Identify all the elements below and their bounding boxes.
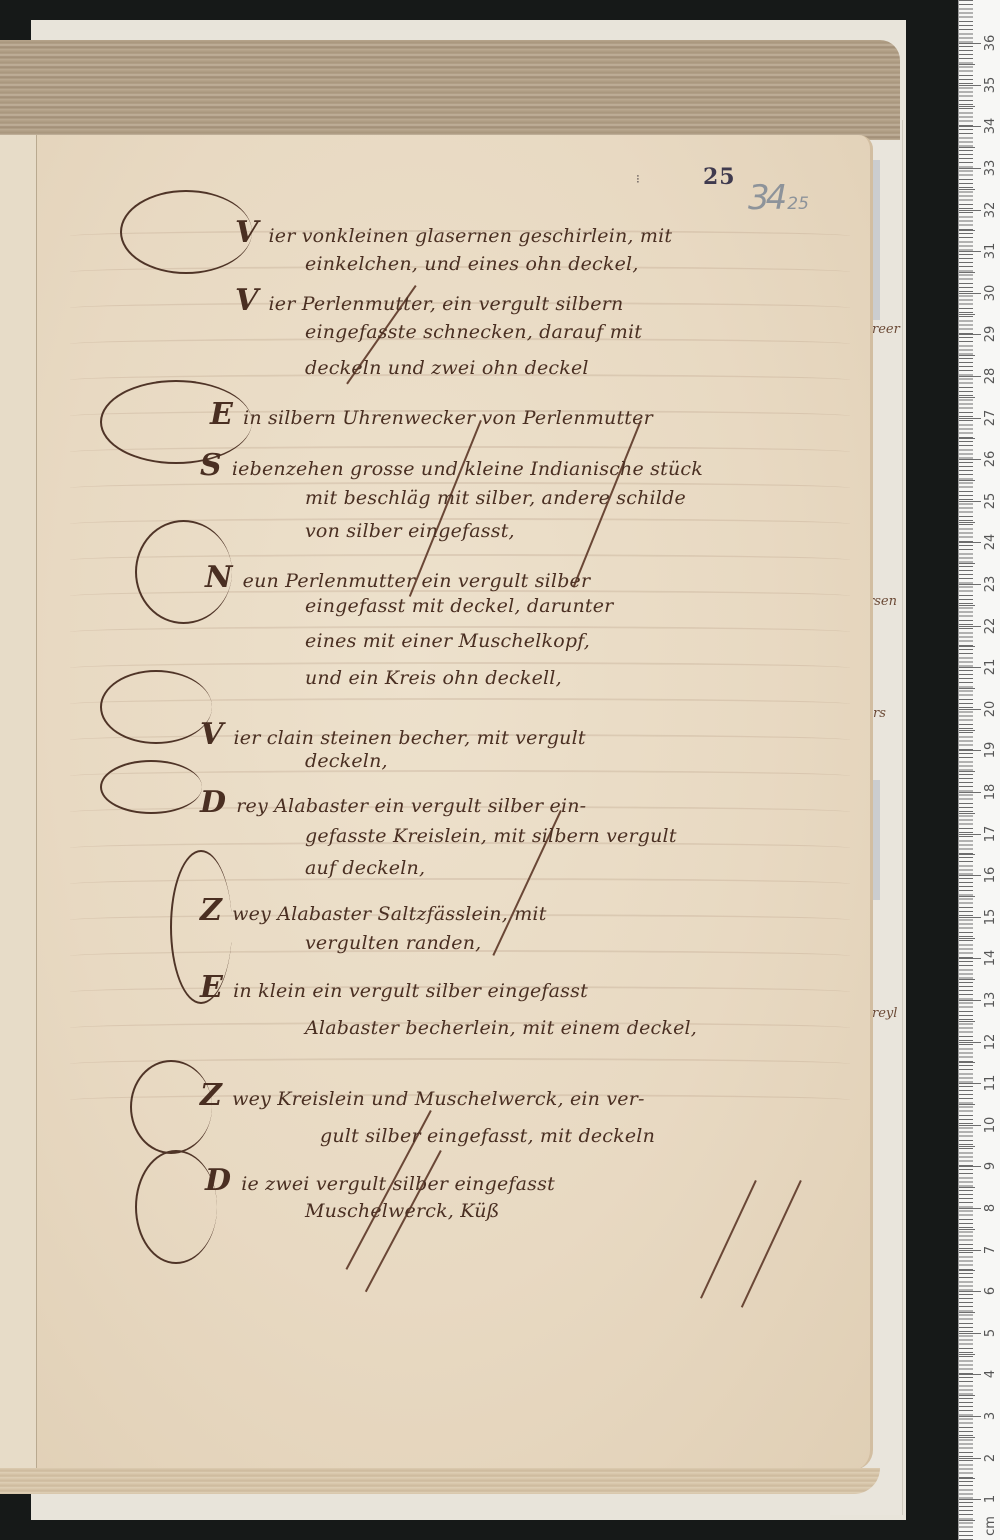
manuscript-line: Drey Alabaster ein vergult silber ein-: [200, 785, 586, 820]
line-text: eines mit einer Muschelkopf,: [305, 630, 590, 652]
ruler-cm-tick: [959, 210, 981, 211]
ruler-cm-tick: [959, 626, 981, 627]
decorated-initial: E: [210, 397, 233, 432]
ruler-label: 9: [983, 1156, 999, 1176]
ruler-cm-tick: [959, 1416, 981, 1417]
measurement-ruler: 1234567891011121314151617181920212223242…: [958, 0, 1000, 1540]
ruler-cm-tick: [959, 376, 981, 377]
ruler-cm-tick: [959, 542, 981, 543]
ruler-cm-tick: [959, 1208, 981, 1209]
ruler-label: 22: [983, 616, 999, 636]
ruler-cm-tick: [959, 958, 981, 959]
ruler-label: 17: [983, 824, 999, 844]
ruler-cm-tick: [959, 1125, 981, 1126]
ruler-cm-tick: [959, 251, 981, 252]
ruler-half-cm-tick: [959, 147, 975, 148]
ruler-label: 3: [983, 1406, 999, 1426]
pencil-annotation: 3425: [748, 178, 809, 218]
ruler-cm-tick: [959, 875, 981, 876]
ruler-label: 19: [983, 740, 999, 760]
ruler-label: 36: [983, 33, 999, 53]
pencil-number-main: 34: [748, 178, 783, 218]
line-text: eun Perlenmutter ein vergult silber: [243, 570, 591, 592]
ruler-label: 26: [983, 449, 999, 469]
line-text: eingefasst mit deckel, darunter: [305, 595, 613, 617]
ruler-cm-tick: [959, 1458, 981, 1459]
ruler-label: 31: [983, 241, 999, 261]
ruler-cm-tick: [959, 1374, 981, 1375]
manuscript-line: deckeln und zwei ohn deckel: [305, 357, 589, 379]
ruler-cm-tick: [959, 85, 981, 86]
ruler-label: 5: [983, 1323, 999, 1343]
ruler-label: 24: [983, 532, 999, 552]
line-text: auf deckeln,: [305, 857, 425, 879]
ruler-half-cm-tick: [959, 438, 975, 439]
ruler-cm-tick: [959, 168, 981, 169]
manuscript-line: Alabaster becherlein, mit einem deckel,: [305, 1017, 697, 1039]
ruler-cm-tick: [959, 917, 981, 918]
ruler-cm-tick: [959, 501, 981, 502]
ruler-label: 29: [983, 324, 999, 344]
line-text: wey Alabaster Saltzfässlein, mit: [232, 903, 546, 925]
ruler-unit-label: cm: [983, 1516, 999, 1536]
ruler-half-cm-tick: [959, 979, 975, 980]
ruler-half-cm-tick: [959, 605, 975, 606]
verso-page-edge: [0, 135, 37, 1475]
manuscript-line: gult silber eingefasst, mit deckeln: [320, 1125, 655, 1147]
underlying-leaf-note: rs: [873, 706, 886, 721]
line-text: gefasste Kreislein, mit silbern vergult: [305, 825, 677, 847]
ruler-cm-tick: [959, 667, 981, 668]
ruler-cm-tick: [959, 293, 981, 294]
manuscript-line: Ein klein ein vergult silber eingefasst: [200, 970, 588, 1005]
decorated-initial: E: [200, 970, 223, 1005]
underlying-leaf-note: reyl: [872, 1006, 897, 1021]
ruler-cm-tick: [959, 126, 981, 127]
manuscript-line: Siebenzehen grosse und kleine Indianisch…: [200, 448, 703, 483]
manuscript-line: Die zwei vergult silber eingefasst: [205, 1163, 555, 1198]
line-text: ier vonkleinen glasernen geschirlein, mi…: [268, 225, 672, 247]
manuscript-line: vergulten randen,: [305, 932, 481, 954]
manuscript-line: Vier Perlenmutter, ein vergult silbern: [235, 283, 623, 318]
decorated-initial: N: [205, 560, 233, 595]
page-stack-bottom-edge: [0, 1468, 880, 1494]
line-text: eingefasste schnecken, darauf mit: [305, 321, 642, 343]
line-text: deckeln und zwei ohn deckel: [305, 357, 589, 379]
decorated-initial: V: [200, 717, 223, 752]
ruler-half-cm-tick: [959, 730, 975, 731]
ruler-half-cm-tick: [959, 1270, 975, 1271]
initial-flourish: [100, 670, 212, 744]
ruler-label: 25: [983, 491, 999, 511]
line-text: ie zwei vergult silber eingefasst: [241, 1173, 555, 1195]
ruler-label: 15: [983, 907, 999, 927]
line-text: und ein Kreis ohn deckell,: [305, 667, 562, 689]
line-text: in klein ein vergult silber eingefasst: [233, 980, 588, 1002]
decorated-initial: Z: [200, 893, 222, 928]
manuscript-line: gefasste Kreislein, mit silbern vergult: [305, 825, 677, 847]
line-text: Muschelwerck, Küß: [305, 1200, 500, 1222]
line-text: mit beschläg mit silber, andere schilde: [305, 487, 686, 509]
ruler-half-cm-tick: [959, 1146, 975, 1147]
line-text: wey Kreislein und Muschelwerck, ein ver-: [232, 1088, 645, 1110]
ruler-half-cm-tick: [959, 1062, 975, 1063]
ruler-half-cm-tick: [959, 813, 975, 814]
ruler-label: 7: [983, 1240, 999, 1260]
line-text: rey Alabaster ein vergult silber ein-: [236, 795, 586, 817]
ruler-half-cm-tick: [959, 189, 975, 190]
ruler-half-cm-tick: [959, 64, 975, 65]
ruler-cm-tick: [959, 792, 981, 793]
ruler-half-cm-tick: [959, 522, 975, 523]
manuscript-line: Ein silbern Uhrenwecker von Perlenmutter: [210, 397, 653, 432]
line-text: ier Perlenmutter, ein vergult silbern: [268, 293, 623, 315]
ruler-label: 13: [983, 990, 999, 1010]
ruler-label: 27: [983, 408, 999, 428]
ruler-cm-tick: [959, 709, 981, 710]
manuscript-line: Vier vonkleinen glasernen geschirlein, m…: [235, 215, 672, 250]
ruler-cm-tick: [959, 418, 981, 419]
ruler-cm-tick: [959, 1083, 981, 1084]
ruler-half-cm-tick: [959, 355, 975, 356]
ruler-cm-tick: [959, 1291, 981, 1292]
manuscript-line: auf deckeln,: [305, 857, 425, 879]
ruler-half-cm-tick: [959, 106, 975, 107]
line-text: Alabaster becherlein, mit einem deckel,: [305, 1017, 697, 1039]
ruler-label: 11: [983, 1073, 999, 1093]
decorated-initial: V: [235, 215, 258, 250]
ruler-label: 32: [983, 200, 999, 220]
ruler-cm-tick: [959, 1000, 981, 1001]
manuscript-line: eingefasste schnecken, darauf mit: [305, 321, 642, 343]
ruler-half-cm-tick: [959, 1437, 975, 1438]
initial-flourish: [120, 190, 252, 274]
ruler-half-cm-tick: [959, 1104, 975, 1105]
ruler-half-cm-tick: [959, 1229, 975, 1230]
line-text: gult silber eingefasst, mit deckeln: [320, 1125, 655, 1147]
ruler-label: 16: [983, 865, 999, 885]
decorated-initial: S: [200, 448, 222, 483]
line-text: ier clain steinen becher, mit vergult: [233, 727, 585, 749]
folio-mark: ⁝: [636, 172, 640, 186]
ruler-label: 35: [983, 75, 999, 95]
pencil-number-secondary: 25: [787, 194, 809, 214]
ruler-cm-tick: [959, 334, 981, 335]
ruler-half-cm-tick: [959, 771, 975, 772]
ruler-label: 14: [983, 948, 999, 968]
ruler-cm-tick: [959, 750, 981, 751]
ruler-label: 23: [983, 574, 999, 594]
ruler-cm-tick: [959, 834, 981, 835]
manuscript-line: Vier clain steinen becher, mit vergult: [200, 717, 586, 752]
manuscript-line: Zwey Alabaster Saltzfässlein, mit: [200, 893, 547, 928]
ruler-half-cm-tick: [959, 272, 975, 273]
line-text: von silber eingefasst,: [305, 520, 515, 542]
ruler-cm-tick: [959, 1166, 981, 1167]
line-text: einkelchen, und eines ohn deckel,: [305, 253, 639, 275]
initial-flourish: [100, 760, 202, 814]
ruler-half-cm-tick: [959, 563, 975, 564]
manuscript-line: deckeln,: [305, 750, 388, 772]
folio-number: 25: [703, 164, 736, 190]
decorated-initial: D: [200, 785, 226, 820]
ruler-half-cm-tick: [959, 1478, 975, 1479]
ruler-cm-tick: [959, 1499, 981, 1500]
ruler-label: 2: [983, 1448, 999, 1468]
ruler-label: 21: [983, 657, 999, 677]
decorated-initial: Z: [200, 1078, 222, 1113]
ruler-half-cm-tick: [959, 230, 975, 231]
ruler-label: 28: [983, 366, 999, 386]
ruler-label: 6: [983, 1281, 999, 1301]
ruler-half-cm-tick: [959, 1520, 975, 1521]
manuscript-line: eingefasst mit deckel, darunter: [305, 595, 613, 617]
decorated-initial: D: [205, 1163, 231, 1198]
manuscript-line: und ein Kreis ohn deckell,: [305, 667, 562, 689]
ruler-half-cm-tick: [959, 1187, 975, 1188]
line-text: iebenzehen grosse und kleine Indianische…: [232, 458, 703, 480]
ruler-label: 10: [983, 1115, 999, 1135]
manuscript-line: von silber eingefasst,: [305, 520, 515, 542]
decorated-initial: V: [235, 283, 258, 318]
ruler-half-cm-tick: [959, 1395, 975, 1396]
manuscript-line: Neun Perlenmutter ein vergult silber: [205, 560, 590, 595]
ruler-half-cm-tick: [959, 896, 975, 897]
ruler-label: 12: [983, 1032, 999, 1052]
ruler-label: 8: [983, 1198, 999, 1218]
line-text: deckeln,: [305, 750, 388, 772]
page-stack-top-edge: [0, 40, 900, 140]
manuscript-line: mit beschläg mit silber, andere schilde: [305, 487, 686, 509]
ruler-label: 4: [983, 1364, 999, 1384]
manuscript-line: eines mit einer Muschelkopf,: [305, 630, 590, 652]
ruler-cm-tick: [959, 1333, 981, 1334]
ruler-cm-tick: [959, 43, 981, 44]
ruler-label: 33: [983, 158, 999, 178]
line-text: vergulten randen,: [305, 932, 481, 954]
manuscript-line: einkelchen, und eines ohn deckel,: [305, 253, 639, 275]
ruler-half-cm-tick: [959, 1021, 975, 1022]
ruler-label: 20: [983, 699, 999, 719]
ruler-cm-tick: [959, 1250, 981, 1251]
ruler-half-cm-tick: [959, 397, 975, 398]
ruler-half-cm-tick: [959, 480, 975, 481]
ruler-cm-tick: [959, 584, 981, 585]
ruler-label: 30: [983, 283, 999, 303]
manuscript-line: Zwey Kreislein und Muschelwerck, ein ver…: [200, 1078, 645, 1113]
underlying-leaf-note: reer: [872, 322, 900, 337]
ruler-half-cm-tick: [959, 854, 975, 855]
manuscript-line: Muschelwerck, Küß: [305, 1200, 500, 1222]
line-text: in silbern Uhrenwecker von Perlenmutter: [243, 407, 653, 429]
ruler-cm-tick: [959, 459, 981, 460]
ruler-half-cm-tick: [959, 1354, 975, 1355]
ruler-half-cm-tick: [959, 646, 975, 647]
ruler-cm-tick: [959, 1042, 981, 1043]
ruler-label: 34: [983, 116, 999, 136]
ruler-label: 18: [983, 782, 999, 802]
ruler-label: 1: [983, 1489, 999, 1509]
ruler-half-cm-tick: [959, 938, 975, 939]
ruler-half-cm-tick: [959, 314, 975, 315]
ruler-half-cm-tick: [959, 688, 975, 689]
ruler-half-cm-tick: [959, 1312, 975, 1313]
